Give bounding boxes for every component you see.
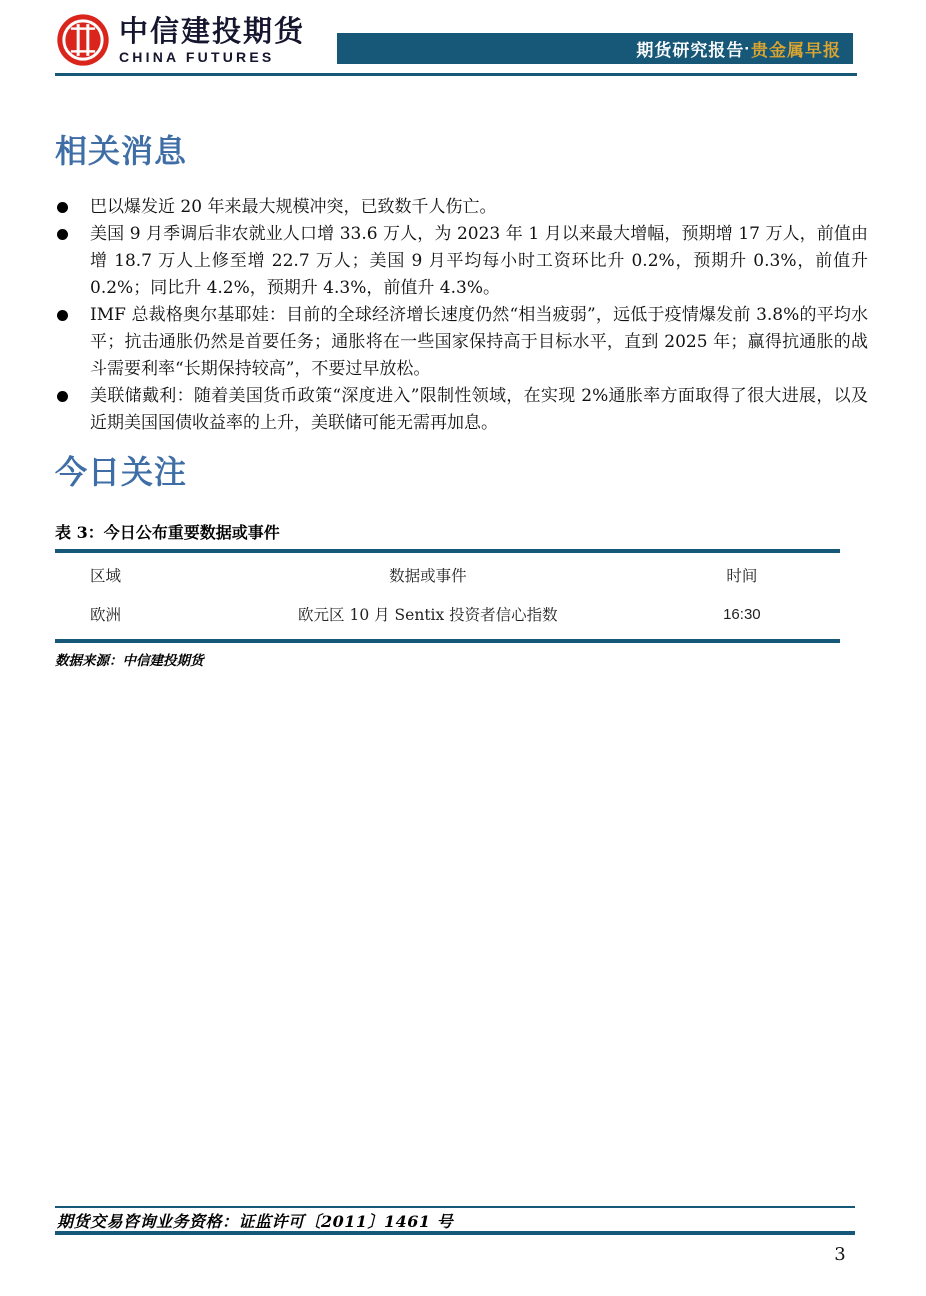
footer-license-text: 期货交易咨询业务资格：证监许可〔2011〕1461 号 [57, 1209, 453, 1232]
section-focus: 今日关注 表 3：今日公布重要数据或事件 区域 数据或事件 时间 欧洲 欧元区 … [55, 447, 868, 669]
news-section-title: 相关消息 [55, 126, 868, 172]
table-header-time: 时间 [644, 551, 840, 589]
report-page: 中信建投期货 CHINA FUTURES 期货研究报告·贵金属早报 相关消息 巴… [0, 0, 926, 1296]
focus-section-title: 今日关注 [55, 447, 868, 493]
news-bullet-item: IMF 总裁格奥尔基耶娃：目前的全球经济增长速度仍然“相当疲弱”，远低于疫情爆发… [55, 302, 868, 383]
bullet-icon [57, 310, 68, 321]
news-bullet-item: 巴以爆发近 20 年来最大规模冲突，已致数千人伤亡。 [55, 194, 868, 221]
section-news: 相关消息 巴以爆发近 20 年来最大规模冲突，已致数千人伤亡。 美国 9 月季调… [55, 126, 868, 437]
news-bullet-text: IMF 总裁格奥尔基耶娃：目前的全球经济增长速度仍然“相当疲弱”，远低于疫情爆发… [90, 305, 868, 379]
news-bullet-text: 美国 9 月季调后非农就业人口增 33.6 万人，为 2023 年 1 月以来最… [90, 224, 868, 298]
banner-separator: · [744, 39, 751, 59]
brand-text: 中信建投期货 CHINA FUTURES [119, 15, 305, 65]
news-bullet-text: 美联储戴利：随着美国货币政策“深度进入”限制性领域，在实现 2%通胀率方面取得了… [90, 386, 868, 433]
news-bullet-item: 美联储戴利：随着美国货币政策“深度进入”限制性领域，在实现 2%通胀率方面取得了… [55, 383, 868, 437]
news-bullet-text: 巴以爆发近 20 年来最大规模冲突，已致数千人伤亡。 [90, 197, 496, 217]
table-header-region: 区域 [55, 551, 212, 589]
cell-event: 欧元区 10 月 Sentix 投资者信心指数 [212, 589, 644, 641]
footer-divider-bottom [55, 1231, 855, 1235]
page-number: 3 [830, 1244, 850, 1265]
data-source-note: 数据来源：中信建投期货 [55, 649, 868, 669]
banner-report-type: 期货研究报告 [636, 36, 744, 61]
header-brand: 中信建投期货 CHINA FUTURES [55, 12, 305, 68]
footer-divider-top [55, 1206, 855, 1208]
brand-name-en: CHINA FUTURES [119, 49, 305, 65]
banner-report-name: 贵金属早报 [751, 36, 841, 61]
cell-region: 欧洲 [55, 589, 212, 641]
brand-name-cn: 中信建投期货 [119, 15, 305, 47]
table-row: 欧洲 欧元区 10 月 Sentix 投资者信心指数 16:30 [55, 589, 840, 641]
events-table: 区域 数据或事件 时间 欧洲 欧元区 10 月 Sentix 投资者信心指数 1… [55, 549, 840, 643]
report-type-banner: 期货研究报告·贵金属早报 [337, 33, 853, 64]
cell-time: 16:30 [644, 589, 840, 641]
bullet-icon [57, 391, 68, 402]
bullet-icon [57, 202, 68, 213]
news-bullet-item: 美国 9 月季调后非农就业人口增 33.6 万人，为 2023 年 1 月以来最… [55, 221, 868, 302]
citic-logo-icon [55, 12, 111, 68]
news-bullet-list: 巴以爆发近 20 年来最大规模冲突，已致数千人伤亡。 美国 9 月季调后非农就业… [55, 194, 868, 437]
table-caption: 表 3：今日公布重要数据或事件 [55, 520, 868, 543]
table-header-row: 区域 数据或事件 时间 [55, 551, 840, 589]
header-divider [55, 73, 857, 76]
bullet-icon [57, 229, 68, 240]
table-header-event: 数据或事件 [212, 551, 644, 589]
